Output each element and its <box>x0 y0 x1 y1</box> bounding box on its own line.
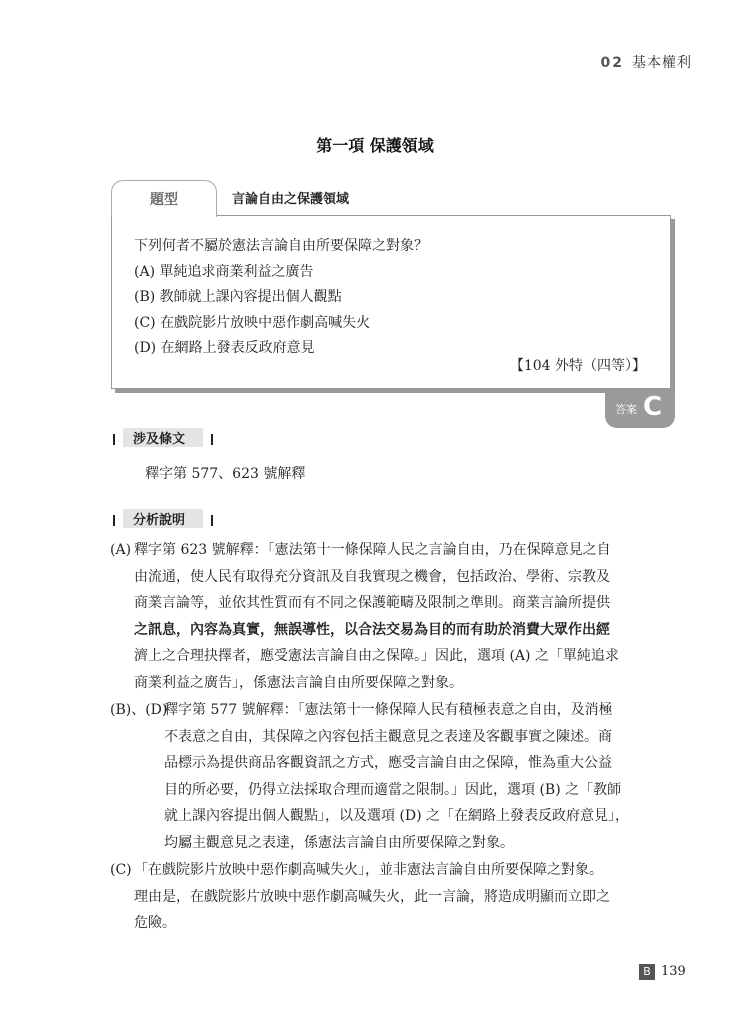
page-number: 139 <box>661 964 686 979</box>
paragraph-lead: (A) <box>110 537 131 564</box>
chapter-number: 02 <box>601 55 624 71</box>
option-a: (A) 單純追求商業利益之廣告 <box>134 260 428 286</box>
question-type-tab: 題型 <box>111 180 217 217</box>
heading-bar-right <box>211 515 213 526</box>
paragraph-lead: (C) <box>110 857 132 884</box>
question-content: 下列何者不屬於憲法言論自由所要保障之對象？ (A) 單純追求商業利益之廣告 (B… <box>134 234 428 362</box>
related-articles-text: 釋字第 577、623 號解釋 <box>145 463 305 483</box>
option-d: (D) 在網路上發表反政府意見 <box>134 336 428 362</box>
paragraph-line: 就上課內容提出個人觀點」，以及選項 (D) 之「在網路上發表反政府意見」， <box>164 803 629 830</box>
paragraph-line: 釋字第 577 號解釋：「憲法第十一條保障人民有積極表意之自由，及消極 <box>164 697 629 724</box>
analysis-paragraph-a: (A) 釋字第 623 號解釋：「憲法第十一條保障人民之言論自由，乃在保障意見之… <box>110 537 690 697</box>
paragraph-lead: (B)、(D) <box>110 697 167 724</box>
question-panel: 下列何者不屬於憲法言論自由所要保障之對象？ (A) 單純追求商業利益之廣告 (B… <box>111 215 671 389</box>
paragraph-line: 理由是，在戲院影片放映中惡作劇高喊失火，此一言論，將造成明顯而立即之 <box>134 884 610 911</box>
paragraph-line: 濟上之合理抉擇者，應受憲法言論自由之保障。」因此，選項 (A) 之「單純追求 <box>134 643 619 670</box>
running-header: 02基本權利 <box>601 52 692 72</box>
exam-source: 【104 外特（四等）】 <box>510 355 646 375</box>
paragraph-line: 不表意之自由，其保障之內容包括主觀意見之表達及客觀事實之陳述。商 <box>164 724 629 751</box>
related-articles-heading: 涉及條文 <box>113 428 213 447</box>
analysis-paragraph-bd: (B)、(D) 釋字第 577 號解釋：「憲法第十一條保障人民有積極表意之自由，… <box>110 697 690 857</box>
paragraph-line: 商業利益之廣告」，係憲法言論自由所要保障之對象。 <box>134 670 619 697</box>
analysis-paragraph-c: (C) 「在戲院影片放映中惡作劇高喊失火」，並非憲法言論自由所要保障之對象。 理… <box>110 857 690 937</box>
paragraph-line: 商業言論等，並依其性質而有不同之保護範疇及限制之準則。商業言論所提供 <box>134 590 619 617</box>
paragraph-line: 釋字第 623 號解釋：「憲法第十一條保障人民之言論自由，乃在保障意見之自 <box>134 537 619 564</box>
part-label: B <box>639 964 655 980</box>
paragraph-line: 由流通，使人民有取得充分資訊及自我實現之機會，包括政治、學術、宗教及 <box>134 564 619 591</box>
question-stem: 下列何者不屬於憲法言論自由所要保障之對象？ <box>134 234 428 260</box>
chapter-title: 基本權利 <box>632 55 692 71</box>
analysis-heading: 分析說明 <box>113 509 213 528</box>
paragraph-line: 之訊息，內容為真實，無誤導性，以合法交易為目的而有助於消費大眾作出經 <box>134 617 619 644</box>
section-title: 第一項 保護領域 <box>0 133 750 156</box>
paragraph-line: 均屬主觀意見之表達，係憲法言論自由所要保障之對象。 <box>164 830 629 857</box>
answer-label: 答案 <box>615 401 637 417</box>
page-footer: B139 <box>639 964 686 980</box>
option-c: (C) 在戲院影片放映中惡作劇高喊失火 <box>134 311 428 337</box>
paragraph-line: 目的所必要，仍得立法採取合理而適當之限制。」因此，選項 (B) 之「教師 <box>164 777 629 804</box>
paragraph-line: 危險。 <box>134 910 610 937</box>
paragraph-line: 品標示為提供商品客觀資訊之方式，應受言論自由之保障，惟為重大公益 <box>164 750 629 777</box>
heading-bar-left <box>113 434 115 445</box>
paragraph-line: 「在戲院影片放映中惡作劇高喊失火」，並非憲法言論自由所要保障之對象。 <box>134 857 610 884</box>
heading-bar-left <box>113 515 115 526</box>
heading-bar-right <box>211 434 213 445</box>
answer-value: C <box>643 392 662 422</box>
question-topic: 言論自由之保護領域 <box>232 188 349 207</box>
answer-badge: 答案 C <box>605 390 675 428</box>
option-b: (B) 教師就上課內容提出個人觀點 <box>134 285 428 311</box>
